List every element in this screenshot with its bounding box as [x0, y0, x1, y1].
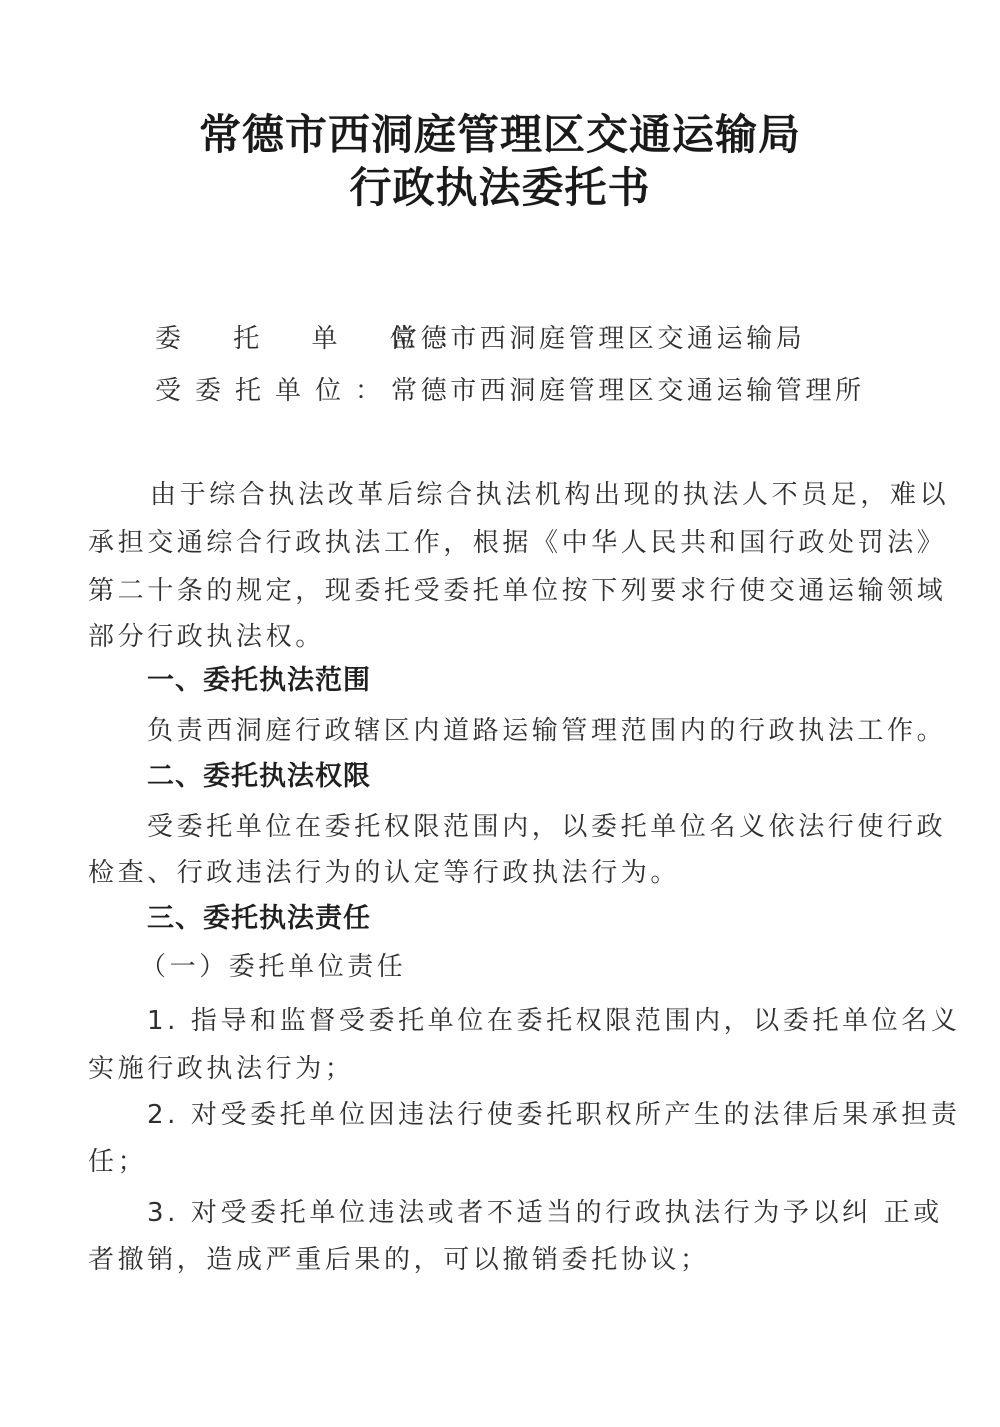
party-entrusting: 委 托 单 位：常德市西洞庭管理区交通运输局	[155, 322, 805, 356]
document-title-line1: 常德市西洞庭管理区交通运输局	[0, 110, 1000, 160]
party-entrusted: 受委托单位：常德市西洞庭管理区交通运输管理所	[155, 374, 865, 408]
intro-line: 承担交通综合行政执法工作，根据《中华人民共和国行政处罚法》	[88, 526, 946, 560]
document-title-line2: 行政执法委托书	[0, 163, 1000, 213]
list-item-line: 2. 对受委托单位因违法行使委托职权所产生的法律后果承担责	[147, 1098, 960, 1132]
section-text: 受委托单位在委托权限范围内，以委托单位名义依法行使行政	[147, 810, 946, 844]
subsection-heading: （一）委托单位责任	[140, 950, 406, 984]
section-text: 负责西洞庭行政辖区内道路运输管理范围内的行政执法工作。	[147, 714, 946, 748]
intro-line: 第二十条的规定，现委托受委托单位按下列要求行使交通运输领域	[88, 574, 946, 608]
list-item-line: 者撤销，造成严重后果的，可以撤销委托协议；	[88, 1243, 710, 1277]
party-value: 常德市西洞庭管理区交通运输管理所	[391, 376, 865, 406]
list-item-line: 1. 指导和监督受委托单位在委托权限范围内，以委托单位名义	[147, 1004, 960, 1038]
party-label: 受委托单位：	[155, 374, 391, 408]
intro-line: 由于综合执法改革后综合执法机构出现的执法人不员足，难以	[150, 478, 949, 512]
party-value: 常德市西洞庭管理区交通运输局	[391, 324, 805, 354]
section-heading-scope: 一、委托执法范围	[147, 664, 371, 698]
section-text: 检查、行政违法行为的认定等行政执法行为。	[88, 856, 680, 890]
document-page: 常德市西洞庭管理区交通运输局 行政执法委托书 委 托 单 位：常德市西洞庭管理区…	[0, 0, 1000, 1427]
list-item-line: 3. 对受委托单位违法或者不适当的行政执法行为予以纠 正或	[147, 1196, 943, 1230]
party-label: 委 托 单 位：	[155, 322, 391, 356]
section-heading-authority: 二、委托执法权限	[147, 760, 371, 794]
list-item-line: 任；	[88, 1145, 147, 1179]
section-heading-responsibility: 三、委托执法责任	[147, 902, 371, 936]
intro-line: 部分行政执法权。	[88, 620, 325, 654]
list-item-line: 实施行政执法行为；	[88, 1052, 354, 1086]
